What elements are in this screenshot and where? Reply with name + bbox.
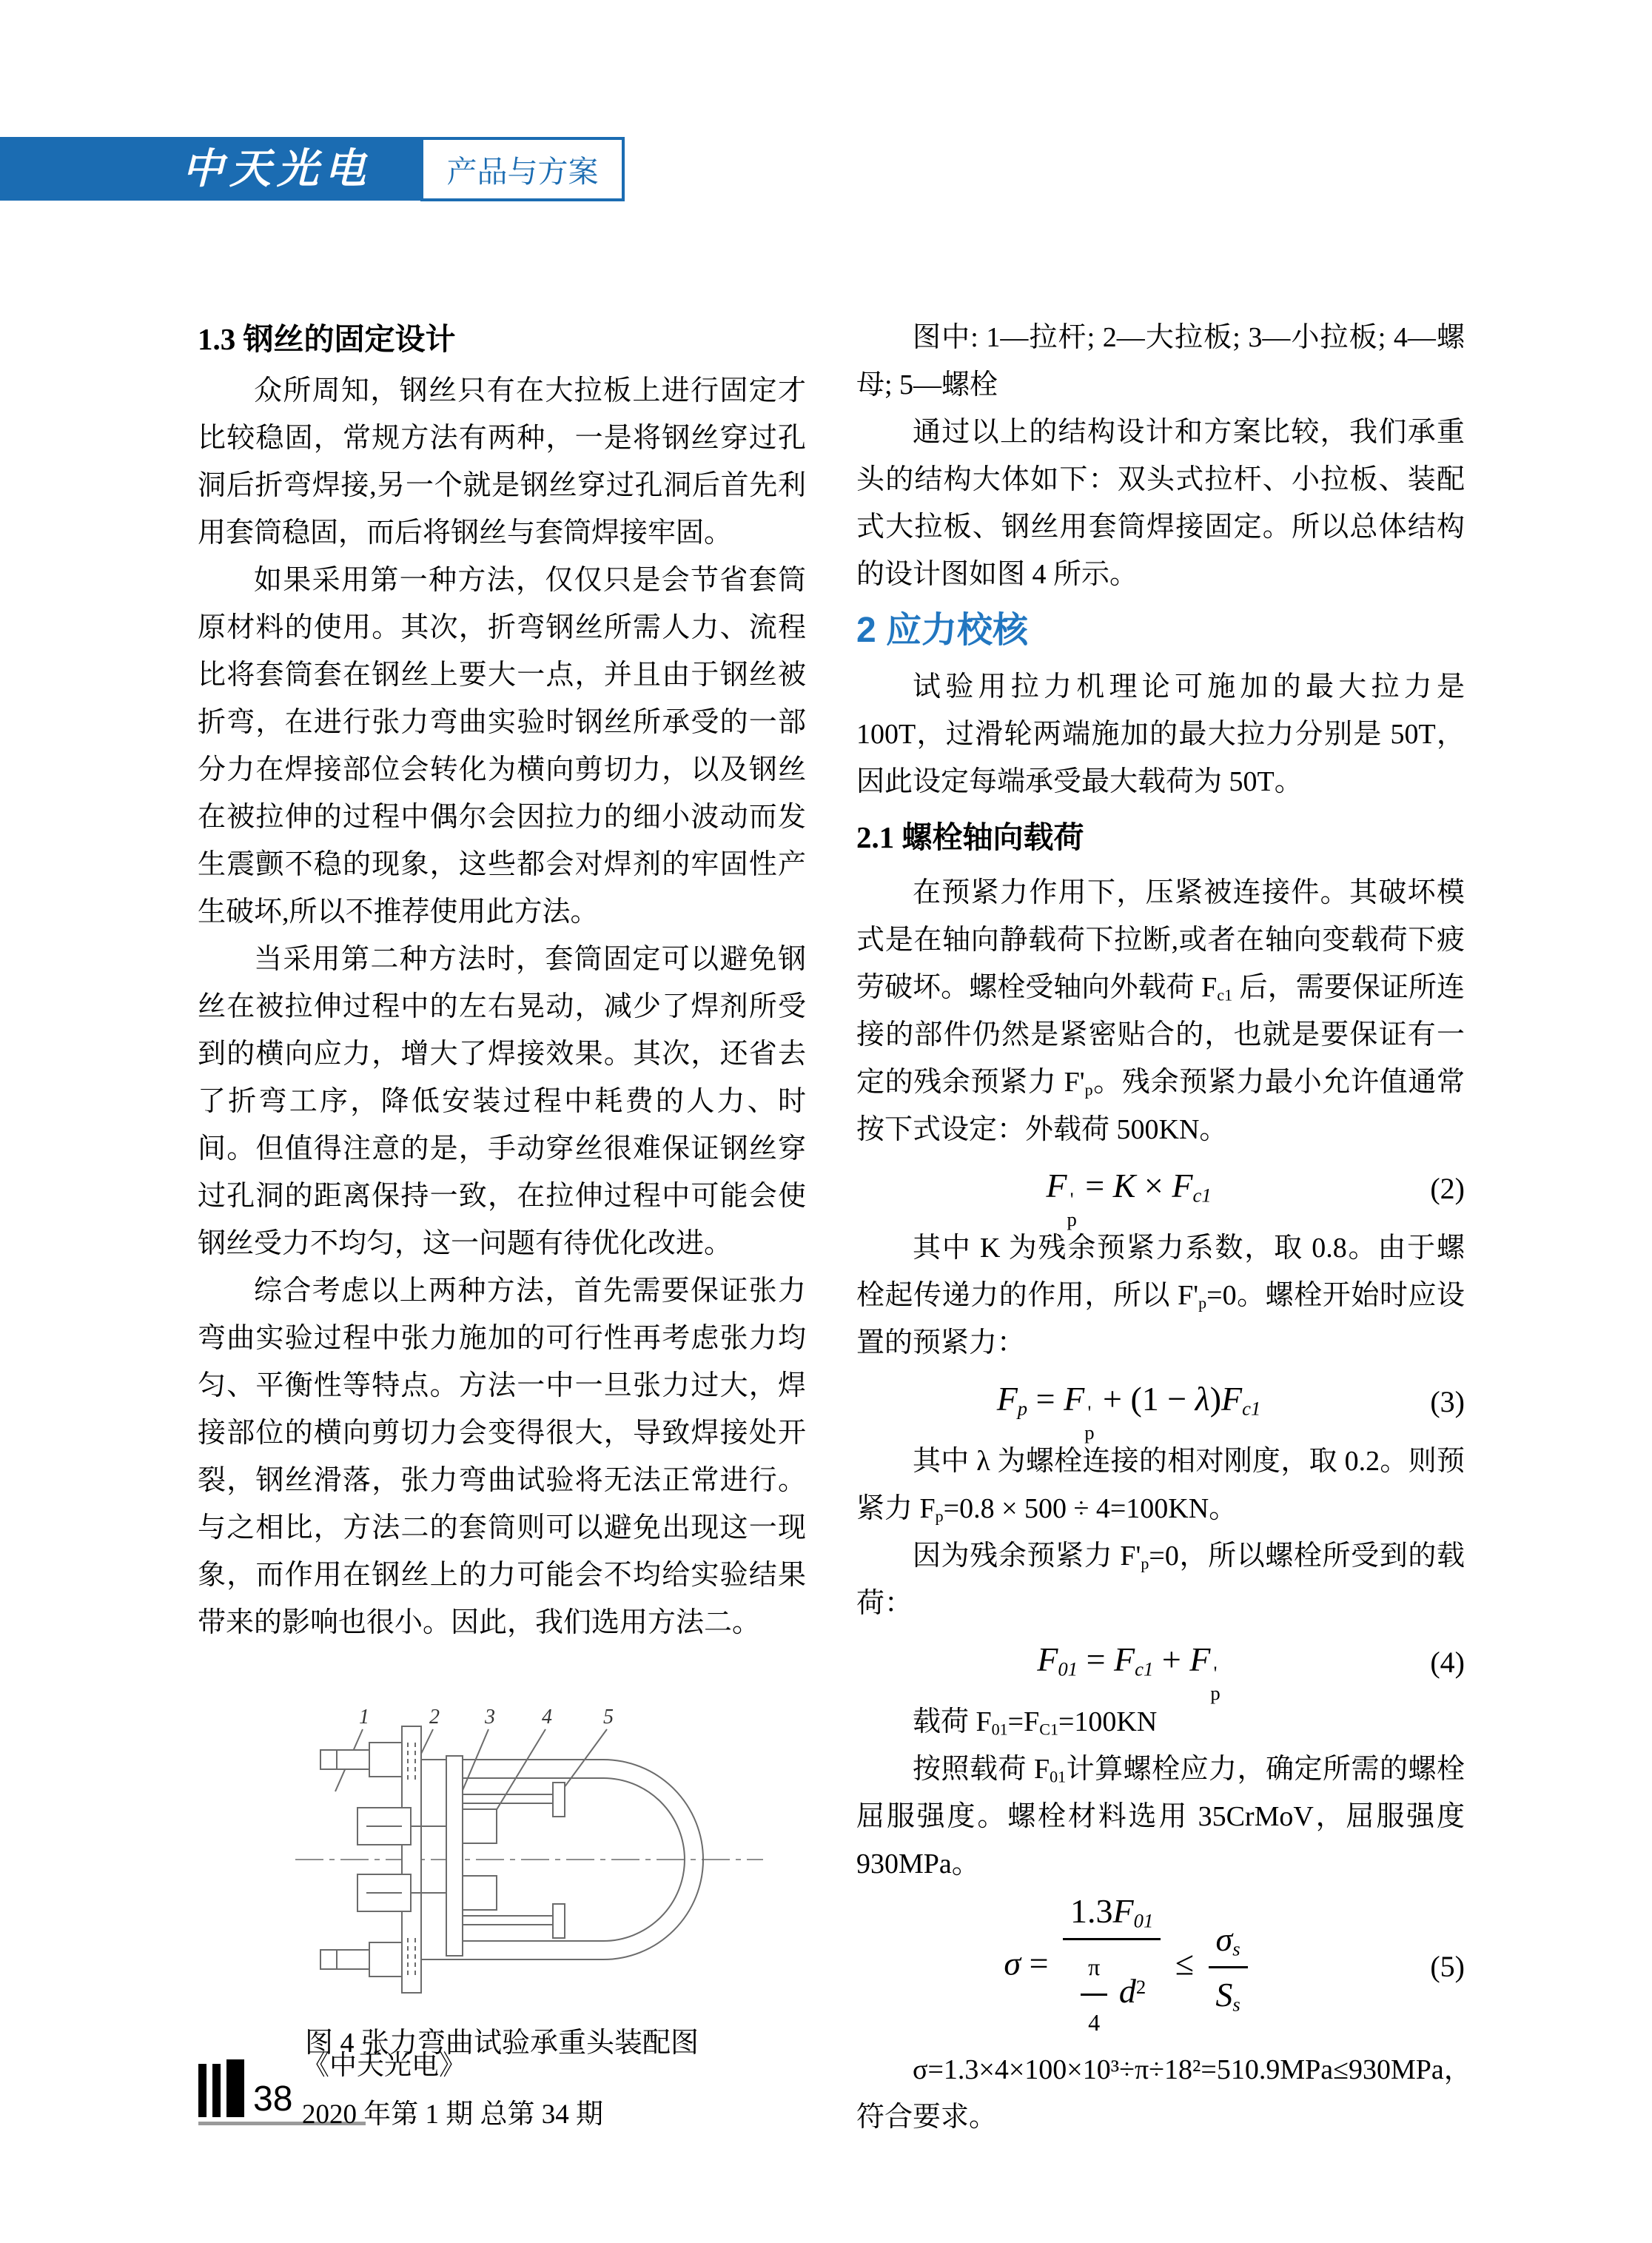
- right-column: 图中: 1—拉杆; 2—大拉板; 3—小拉板; 4—螺母; 5—螺栓 通过以上的…: [856, 314, 1465, 2141]
- footer-journal-block: 《中天光电》 2020 年第 1 期 总第 34 期: [302, 2042, 603, 2139]
- left-column: 1.3 钢丝的固定设计 众所周知，钢丝只有在大拉板上进行固定才比较稳固，常规方法…: [198, 311, 806, 2067]
- result-paragraph: σ=1.3×4×100×10³÷π÷18²=510.9MPa≤930MPa，符合…: [856, 2046, 1465, 2141]
- equals-sign: =: [1030, 1945, 1049, 1982]
- footer-bars-icon: [226, 2059, 244, 2117]
- equation-3: Fp = F'p + (1 − λ)Fc1 (3): [856, 1367, 1465, 1438]
- figure-callout-1: 1: [359, 1706, 369, 1729]
- paragraph: 众所周知，钢丝只有在大拉板上进行固定才比较稳固，常规方法有两种，一是将钢丝穿过孔…: [198, 367, 806, 557]
- paragraph: 因为残余预紧力 F'p=0，所以螺栓所受到的载荷：: [856, 1532, 1465, 1627]
- equation-5-number: (5): [1401, 1943, 1465, 1991]
- equation-2: F'p = K × Fc1 (2): [856, 1153, 1465, 1224]
- footer-bars-icon: [198, 2064, 206, 2117]
- equation-4-formula: F01 = Fc1 + F'p: [856, 1636, 1401, 1689]
- equation-5-formula: σ = 1.3F01 π 4 d2 ≤ σs Ss: [856, 1888, 1401, 2046]
- paragraph: 按照载荷 F01计算螺栓应力，确定所需的螺栓屈服强度。螺栓材料选用 35CrMo…: [856, 1746, 1465, 1888]
- column-tab: 产品与方案: [420, 137, 625, 201]
- allowable-fraction: σs Ss: [1209, 1916, 1248, 2019]
- equation-4: F01 = Fc1 + F'p (4): [856, 1627, 1465, 1698]
- stress-fraction: 1.3F01 π 4 d2: [1063, 1888, 1161, 2046]
- paragraph: 通过以上的结构设计和方案比较，我们承重头的结构大体如下：双头式拉杆、小拉板、装配…: [856, 409, 1465, 598]
- equation-3-formula: Fp = F'p + (1 − λ)Fc1: [856, 1375, 1401, 1429]
- journal-issue: 2020 年第 1 期 总第 34 期: [302, 2091, 603, 2139]
- paragraph: 其中 K 为残余预紧力系数，取 0.8。由于螺栓起传递力的作用，所以 F'p=0…: [856, 1224, 1465, 1367]
- section-1-3-heading: 1.3 钢丝的固定设计: [198, 311, 806, 367]
- figure-callout-2: 2: [429, 1706, 440, 1729]
- brand-logo: 中天光电: [182, 137, 372, 201]
- footer-bars-icon: [212, 2064, 221, 2117]
- equation-4-number: (4): [1401, 1639, 1465, 1686]
- equation-2-formula: F'p = K × Fc1: [856, 1162, 1401, 1216]
- leq-sign: ≤: [1175, 1945, 1194, 1982]
- figure-callout-4: 4: [542, 1706, 552, 1729]
- sigma-symbol: σ: [1004, 1945, 1021, 1982]
- journal-page: 中天光电 产品与方案 1.3 钢丝的固定设计 众所周知，钢丝只有在大拉板上进行固…: [0, 0, 1652, 2243]
- paragraph: 试验用拉力机理论可施加的最大拉力是 100T，过滑轮两端施加的最大拉力分别是 5…: [856, 663, 1465, 805]
- paragraph: 其中 λ 为螺栓连接的相对刚度，取 0.2。则预紧力 Fp=0.8 × 500 …: [856, 1438, 1465, 1532]
- journal-title: 《中天光电》: [302, 2042, 603, 2091]
- paragraph: 当采用第二种方法时，套筒固定可以避免钢丝在被拉伸过程中的左右晃动，减少了焊剂所受…: [198, 936, 806, 1267]
- page-number: 38: [253, 2082, 292, 2117]
- pi-over-4: π 4: [1081, 1943, 1107, 2046]
- paragraph: 如果采用第一种方法，仅仅只是会节省套筒原材料的使用。其次，折弯钢丝所需人力、流程…: [198, 557, 806, 936]
- figure-legend: 图中: 1—拉杆; 2—大拉板; 3—小拉板; 4—螺母; 5—螺栓: [856, 314, 1465, 409]
- load-result-line: 载荷 F01=FC1=100KN: [856, 1698, 1465, 1746]
- section-2-1-heading: 2.1 螺栓轴向载荷: [856, 805, 1465, 869]
- figure-callout-3: 3: [484, 1706, 495, 1729]
- paragraph: 在预紧力作用下，压紧被连接件。其破坏模式是在轴向静载荷下拉断,或者在轴向变载荷下…: [856, 869, 1465, 1153]
- figure-callout-5: 5: [603, 1706, 614, 1729]
- equation-2-number: (2): [1401, 1165, 1465, 1213]
- equation-5: σ = 1.3F01 π 4 d2 ≤ σs Ss: [856, 1888, 1465, 2046]
- equation-3-number: (3): [1401, 1378, 1465, 1426]
- column-tab-label: 产品与方案: [447, 147, 599, 191]
- header-bar: 中天光电: [0, 137, 420, 201]
- figure-4: 1 2 3 4 5 图 4 张力弯曲试验承重头装配图: [198, 1704, 806, 2067]
- section-2-heading: 2 应力校核: [856, 598, 1465, 663]
- paragraph: 综合考虑以上两种方法，首先需要保证张力弯曲实验过程中张力施加的可行性再考虑张力均…: [198, 1267, 806, 1646]
- assembly-drawing: 1 2 3 4 5: [292, 1704, 766, 2000]
